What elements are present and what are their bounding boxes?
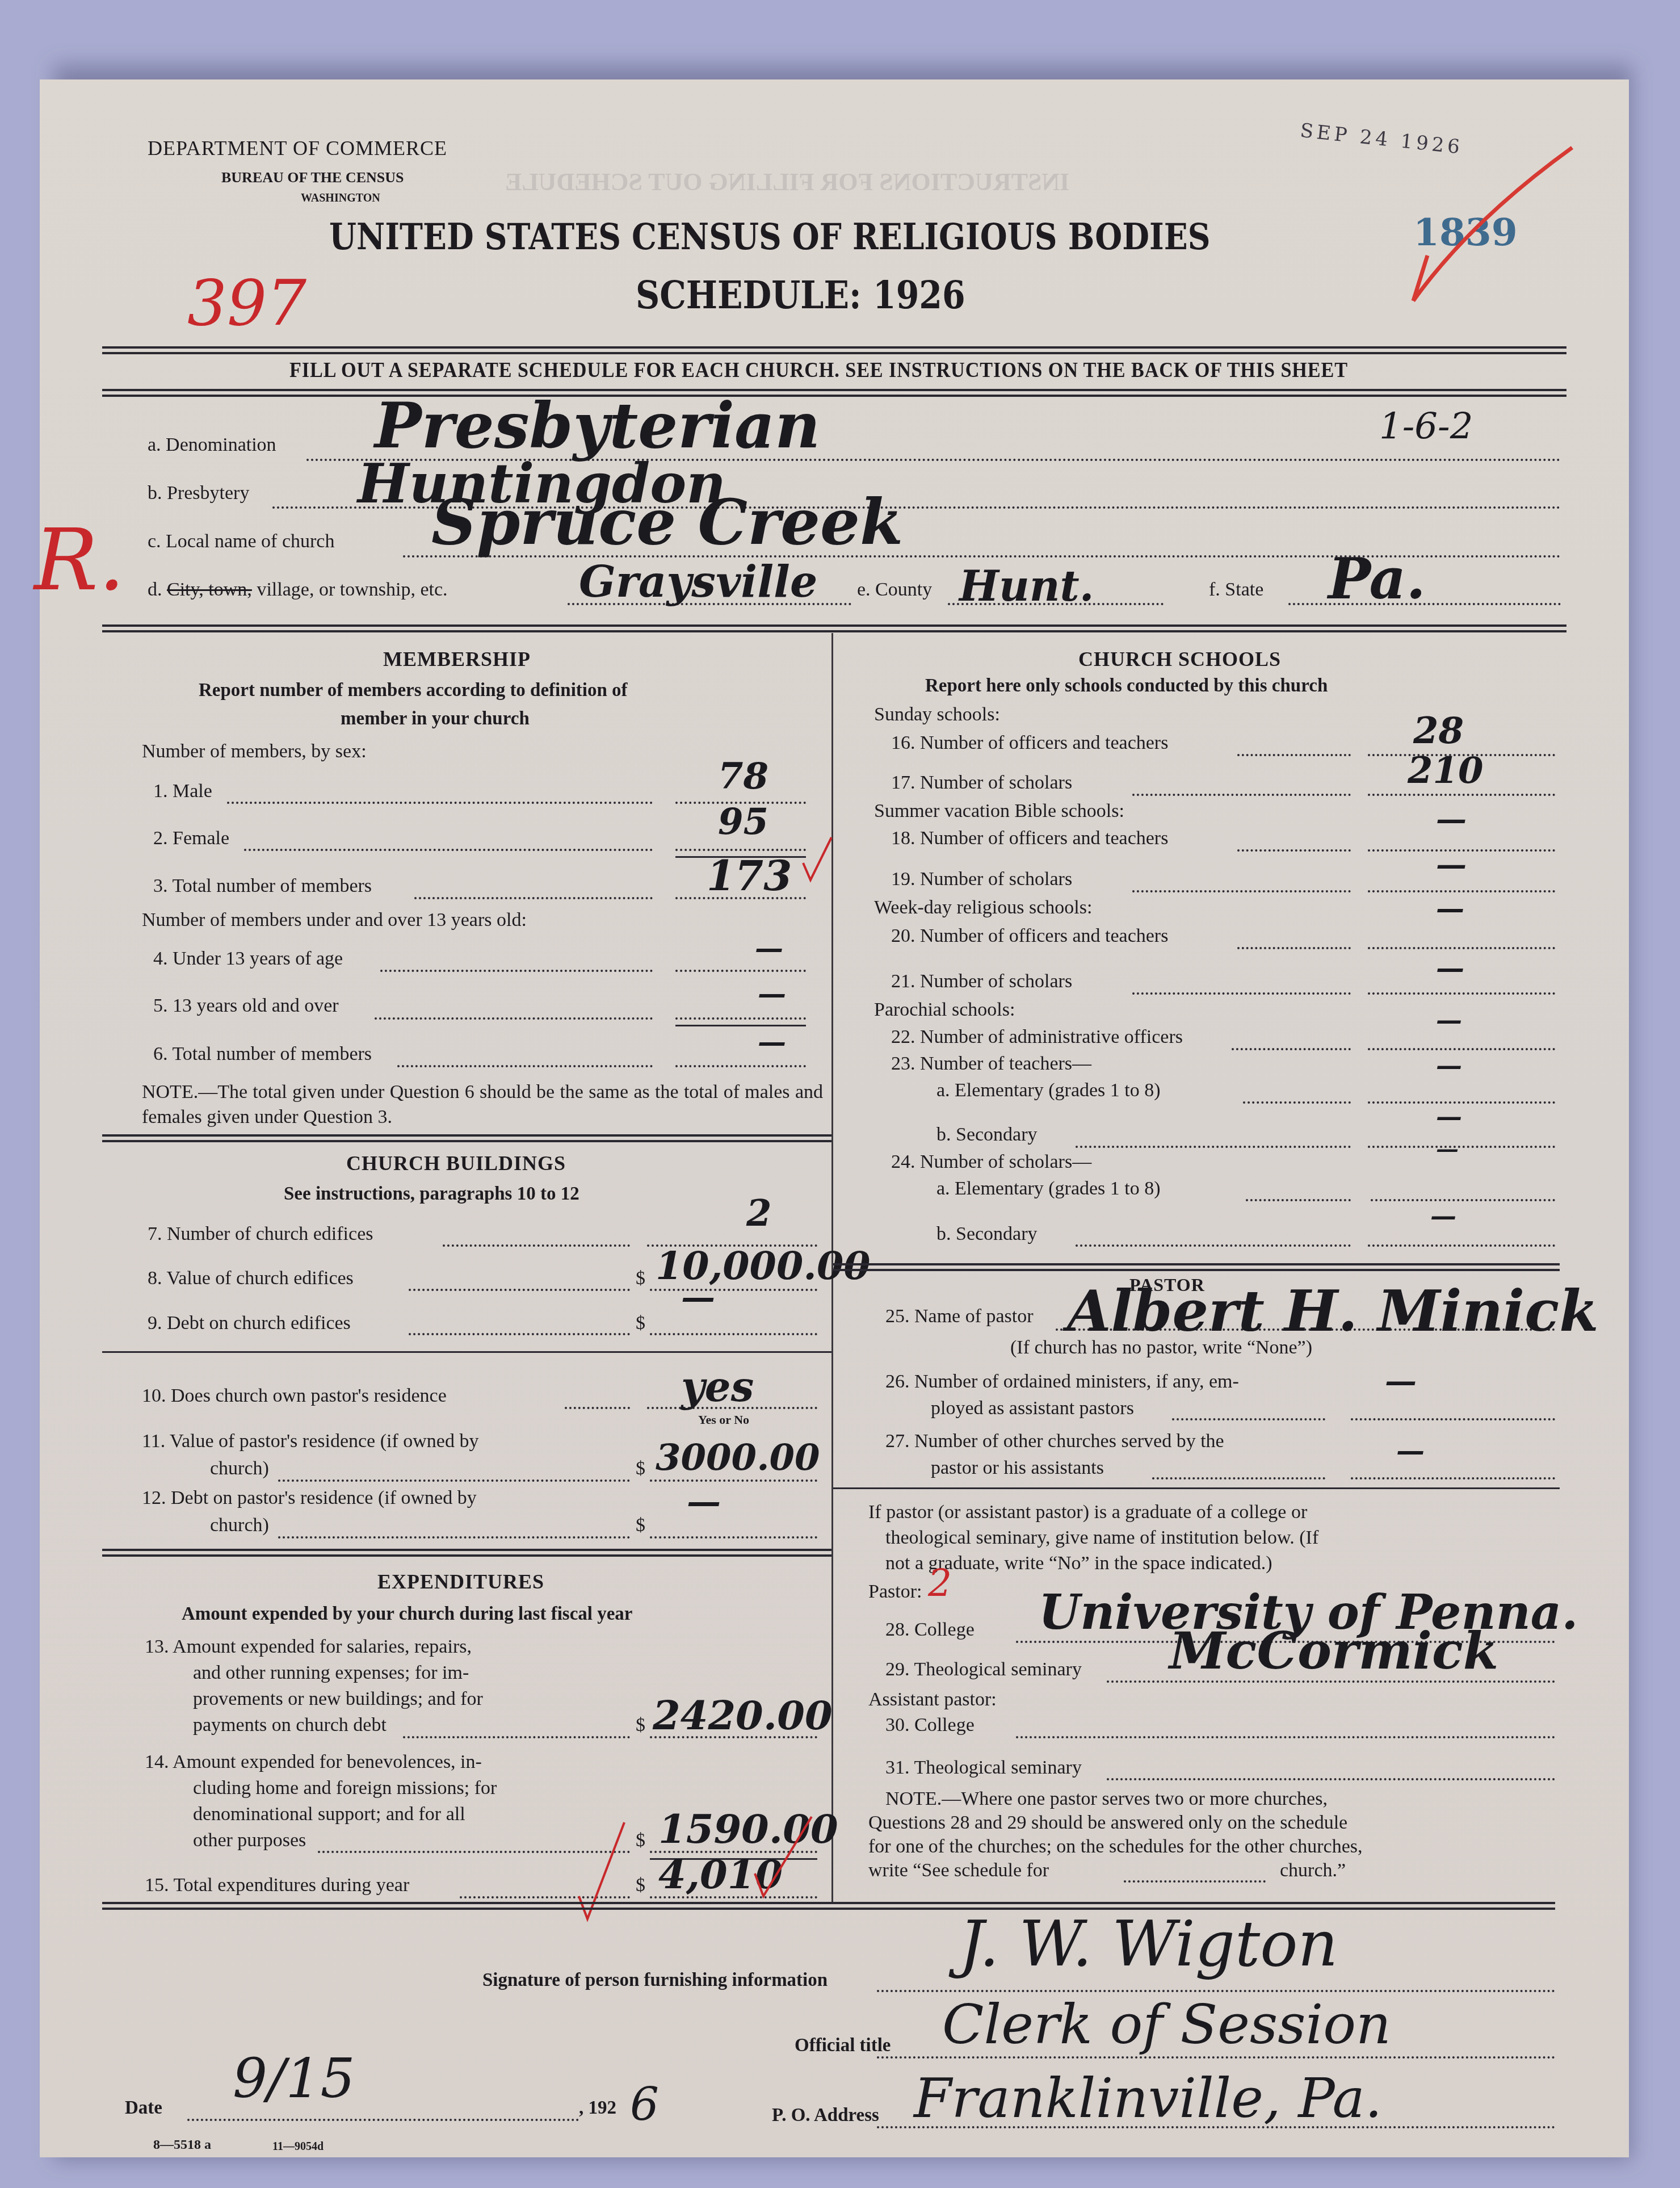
- edifices-debt-label: 9. Debt on church edifices: [148, 1313, 351, 1334]
- q19-field[interactable]: —: [1436, 846, 1467, 882]
- running-expenses-label: 13. Amount expended for salaries, repair…: [145, 1636, 472, 1658]
- sunday-schools-label: Sunday schools:: [874, 704, 1000, 726]
- fill-instruction: FILL OUT A SEPARATE SCHEDULE FOR EACH CH…: [289, 358, 1348, 383]
- pastor-note-4: write “See schedule for: [868, 1860, 1049, 1881]
- membership-subheading-2: member in your church: [341, 709, 530, 730]
- graduate-instruction-1: If pastor (or assistant pastor) is a gra…: [868, 1502, 1307, 1523]
- q24a-label: a. Elementary (grades 1 to 8): [936, 1178, 1161, 1200]
- q23b-field[interactable]: —: [1436, 1101, 1462, 1132]
- membership-heading: MEMBERSHIP: [383, 647, 531, 671]
- parochial-schools-label: Parochial schools:: [874, 999, 1015, 1021]
- year-digit-field[interactable]: 6: [630, 2078, 659, 2131]
- q18-label: 18. Number of officers and teachers: [891, 828, 1168, 849]
- form-title: UNITED STATES CENSUS OF RELIGIOUS BODIES: [329, 216, 1210, 258]
- female-label: 2. Female: [153, 828, 229, 849]
- state-label: f. State: [1209, 579, 1263, 601]
- buildings-divider: [102, 1549, 831, 1557]
- bleed-through-heading: INSTRUCTIONS FOR FILLING OUT SCHEDULE: [505, 167, 1069, 196]
- total-expenditures-label: 15. Total expenditures during year: [145, 1875, 409, 1896]
- red-tick-icon: [800, 835, 834, 886]
- residence-value-field[interactable]: 3000.00: [656, 1436, 820, 1479]
- state-field[interactable]: Pa.: [1328, 545, 1426, 612]
- classification-code: 1-6-2: [1379, 406, 1473, 448]
- q23-label: 23. Number of teachers—: [891, 1053, 1091, 1075]
- asst-college-field[interactable]: [1016, 1736, 1555, 1738]
- over-13-field[interactable]: —: [758, 976, 786, 1010]
- town-label: d. City, town, village, or township, etc…: [148, 579, 448, 601]
- weekday-schools-label: Week-day religious schools:: [874, 897, 1092, 919]
- owns-residence-field[interactable]: yes: [681, 1363, 754, 1411]
- q27-field[interactable]: —: [1396, 1433, 1425, 1467]
- signature-field[interactable]: J. W. Wigton: [959, 1908, 1338, 1980]
- buildings-subheading: See instructions, paragraphs 10 to 12: [284, 1184, 579, 1205]
- instruction-divider: [102, 389, 1566, 397]
- pastor-name-hint: (If church has no pastor, write “None”): [1010, 1337, 1312, 1359]
- asst-seminary-field[interactable]: [1107, 1778, 1555, 1780]
- q19-label: 19. Number of scholars: [891, 869, 1072, 890]
- residence-debt-label: 12. Debt on pastor's residence (if owned…: [142, 1487, 477, 1509]
- census-schedule-form: INSTRUCTIONS FOR FILLING OUT SCHEDULE DE…: [40, 79, 1629, 2157]
- q17-field[interactable]: 210: [1408, 749, 1484, 792]
- graduate-instruction-2: theological seminary, give name of insti…: [885, 1527, 1318, 1549]
- seminary-field[interactable]: McCormick: [1169, 1621, 1498, 1681]
- red-r-mark: R.: [34, 511, 125, 610]
- q16-label: 16. Number of officers and teachers: [891, 732, 1168, 754]
- edifices-count-label: 7. Number of church edifices: [148, 1223, 373, 1245]
- asst-seminary-label: 31. Theological seminary: [885, 1757, 1082, 1779]
- total-by-age-label: 6. Total number of members: [153, 1043, 372, 1065]
- buildings-heading: CHURCH BUILDINGS: [346, 1151, 566, 1175]
- owns-residence-label: 10. Does church own pastor's residence: [142, 1385, 447, 1407]
- schedule-title: SCHEDULE: 1926: [636, 273, 965, 318]
- red-file-number: 397: [187, 267, 306, 339]
- q22-label: 22. Number of administrative officers: [891, 1026, 1183, 1048]
- town-field[interactable]: Graysville: [579, 556, 817, 607]
- expenditures-heading: EXPENDITURES: [377, 1570, 544, 1594]
- over-13-label: 5. 13 years old and over: [153, 995, 339, 1017]
- running-expenses-field[interactable]: 2420.00: [653, 1692, 833, 1739]
- q23a-field[interactable]: —: [1436, 1050, 1462, 1081]
- college-label: 28. College: [885, 1619, 975, 1641]
- seminary-label: 29. Theological seminary: [885, 1659, 1082, 1680]
- form-number: 8—5518 a: [153, 2137, 211, 2153]
- q24b-field[interactable]: —: [1430, 1201, 1456, 1231]
- under-13-label: 4. Under 13 years of age: [153, 948, 343, 970]
- official-title-field[interactable]: Clerk of Session: [942, 1993, 1391, 2056]
- q24-field[interactable]: —: [1436, 1135, 1459, 1162]
- total-members-label: 3. Total number of members: [153, 875, 372, 897]
- print-number: 11—9054d: [272, 2140, 324, 2153]
- benevolences-label: 14. Amount expended for benevolences, in…: [145, 1751, 482, 1773]
- pastor-note-1: NOTE.—Where one pastor serves two or mor…: [885, 1788, 1328, 1810]
- denomination-label: a. Denomination: [148, 434, 276, 456]
- residence-debt-field[interactable]: —: [687, 1482, 721, 1521]
- by-sex-label: Number of members, by sex:: [142, 741, 367, 762]
- q20-label: 20. Number of officers and teachers: [891, 925, 1168, 947]
- presbytery-label: b. Presbytery: [148, 483, 249, 504]
- county-label: e. County: [857, 579, 932, 601]
- asst-college-label: 30. College: [885, 1715, 975, 1736]
- membership-subheading-1: Report number of members according to de…: [199, 680, 628, 701]
- q20-field[interactable]: —: [1436, 891, 1464, 925]
- local-name-field[interactable]: Spruce Creek: [431, 485, 903, 559]
- red-pastor-mark: 2: [928, 1561, 952, 1605]
- q21-label: 21. Number of scholars: [891, 971, 1072, 992]
- q23a-label: a. Elementary (grades 1 to 8): [936, 1080, 1161, 1101]
- edifices-count-field[interactable]: 2: [746, 1192, 772, 1235]
- male-count-field[interactable]: 78: [718, 755, 768, 798]
- pastor-name-field[interactable]: Albert H. Minick: [1067, 1277, 1598, 1344]
- membership-divider: [102, 1134, 831, 1142]
- schools-subheading: Report here only schools conducted by th…: [925, 676, 1328, 697]
- under-13-field[interactable]: —: [755, 931, 783, 965]
- q17-label: 17. Number of scholars: [891, 772, 1072, 794]
- q26-label: 26. Number of ordained ministers, if any…: [885, 1371, 1239, 1393]
- official-title-label: Official title: [795, 2035, 891, 2056]
- county-field[interactable]: Hunt.: [959, 562, 1094, 611]
- male-label: 1. Male: [153, 781, 212, 802]
- q18-field[interactable]: —: [1436, 800, 1467, 837]
- pastor-note-2: Questions 28 and 29 should be answered o…: [868, 1812, 1347, 1834]
- membership-note: NOTE.—The total given under Question 6 s…: [142, 1080, 823, 1130]
- bureau-name: BUREAU OF THE CENSUS: [221, 169, 404, 186]
- date-field[interactable]: 9/15: [233, 2047, 355, 2110]
- edifices-debt-field[interactable]: —: [681, 1277, 715, 1317]
- total-members-field[interactable]: 173: [707, 852, 792, 900]
- po-address-label: P. O. Address: [772, 2105, 879, 2126]
- residence-value-label: 11. Value of pastor's residence (if owne…: [142, 1431, 478, 1452]
- pastor-subsection-label: Pastor:: [868, 1581, 922, 1603]
- po-address-field[interactable]: Franklinville, Pa.: [914, 2067, 1382, 2130]
- by-age-label: Number of members under and over 13 year…: [142, 909, 527, 931]
- bureau-city: WASHINGTON: [301, 192, 380, 205]
- q22-field[interactable]: —: [1436, 1005, 1462, 1036]
- pastor-note-3: for one of the churches; on the schedule…: [868, 1836, 1362, 1858]
- identification-divider: [102, 624, 1566, 632]
- female-count-field[interactable]: 95: [718, 800, 768, 843]
- q26-field[interactable]: —: [1385, 1363, 1417, 1400]
- date-label: Date: [125, 2098, 162, 2119]
- schools-divider: [833, 1263, 1560, 1271]
- q24-label: 24. Number of scholars—: [891, 1151, 1091, 1173]
- summer-schools-label: Summer vacation Bible schools:: [874, 800, 1124, 822]
- pastor-name-label: 25. Name of pastor: [885, 1306, 1034, 1327]
- q23b-label: b. Secondary: [936, 1124, 1038, 1146]
- signature-label: Signature of person furnishing informati…: [482, 1970, 828, 1991]
- local-name-label: c. Local name of church: [148, 531, 334, 552]
- q27-label: 27. Number of other churches served by t…: [885, 1431, 1224, 1452]
- q16-field[interactable]: 28: [1413, 710, 1464, 752]
- schools-heading: CHURCH SCHOOLS: [1078, 647, 1281, 671]
- edifices-value-label: 8. Value of church edifices: [148, 1268, 354, 1289]
- q21-field[interactable]: —: [1436, 951, 1464, 984]
- yes-no-hint: Yes or No: [698, 1412, 749, 1427]
- total-by-age-field[interactable]: —: [758, 1025, 786, 1058]
- department-name: DEPARTMENT OF COMMERCE: [148, 136, 447, 160]
- q24b-label: b. Secondary: [936, 1223, 1038, 1245]
- assistant-pastor-label: Assistant pastor:: [868, 1689, 997, 1711]
- header-divider: [102, 346, 1566, 354]
- expenditures-subheading: Amount expended by your church during la…: [182, 1604, 633, 1625]
- red-check-mark-icon: [1402, 136, 1584, 318]
